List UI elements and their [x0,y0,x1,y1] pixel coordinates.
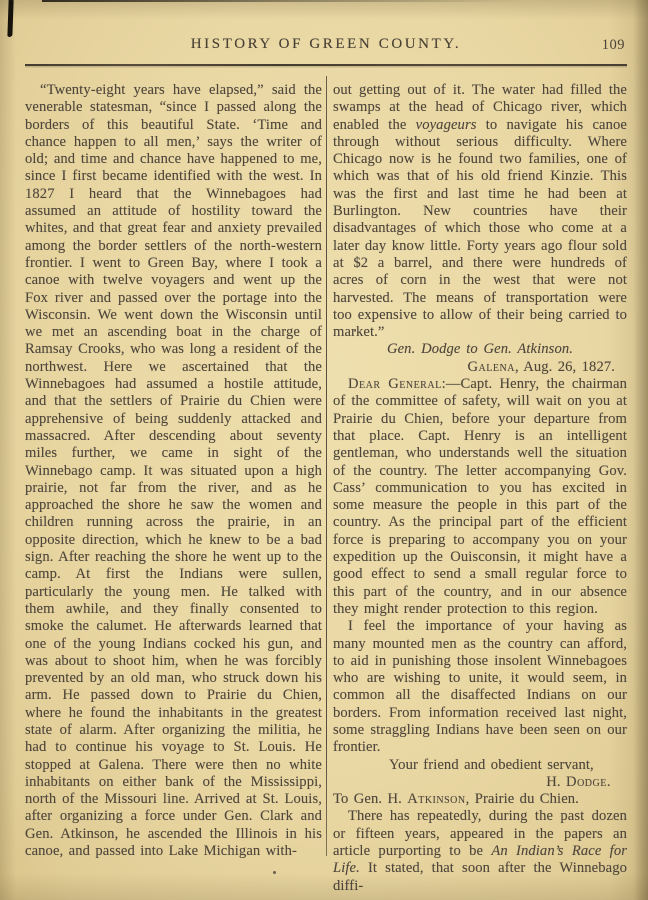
section-heading: Gen. Dodge to Gen. Atkinson. [333,341,627,358]
page-header: HISTORY OF GREEN COUNTY. 109 [25,36,627,56]
book-page-scan: HISTORY OF GREEN COUNTY. 109 “Twenty-eig… [0,0,648,900]
letter-paragraph-2: I feel the importance of your having as … [333,618,627,756]
letter-signature: H. Dodge. [333,774,627,791]
page-number: 109 [602,37,625,54]
scan-artifact-corner-mark [7,0,13,37]
column-divider [326,76,327,856]
final-paragraph: There has repeatedly, during the past do… [333,808,627,894]
continuation-paragraph: out getting out of it. The water had fil… [333,82,627,341]
header-rule [25,64,627,66]
right-column: out getting out of it. The water had fil… [333,82,627,895]
letter-dateline: Galena, Aug. 26, 1827. [333,359,627,376]
scan-artifact-ink-dot [273,871,276,874]
scan-artifact-right-edge-shadow [634,0,648,900]
letter-addressee: To Gen. H. Atkinson, Prairie du Chien. [333,791,627,808]
left-column-paragraph: “Twenty-eight years have elapsed,” said … [25,82,322,860]
scan-artifact-top-edge-line [42,0,602,2]
letter-paragraph-salutation: Dear General:—Capt. Henry, the chairman … [333,376,627,618]
running-head-title: HISTORY OF GREEN COUNTY. [25,36,627,53]
left-column: “Twenty-eight years have elapsed,” said … [25,82,322,860]
letter-closing: Your friend and obedient servant, [333,757,627,774]
